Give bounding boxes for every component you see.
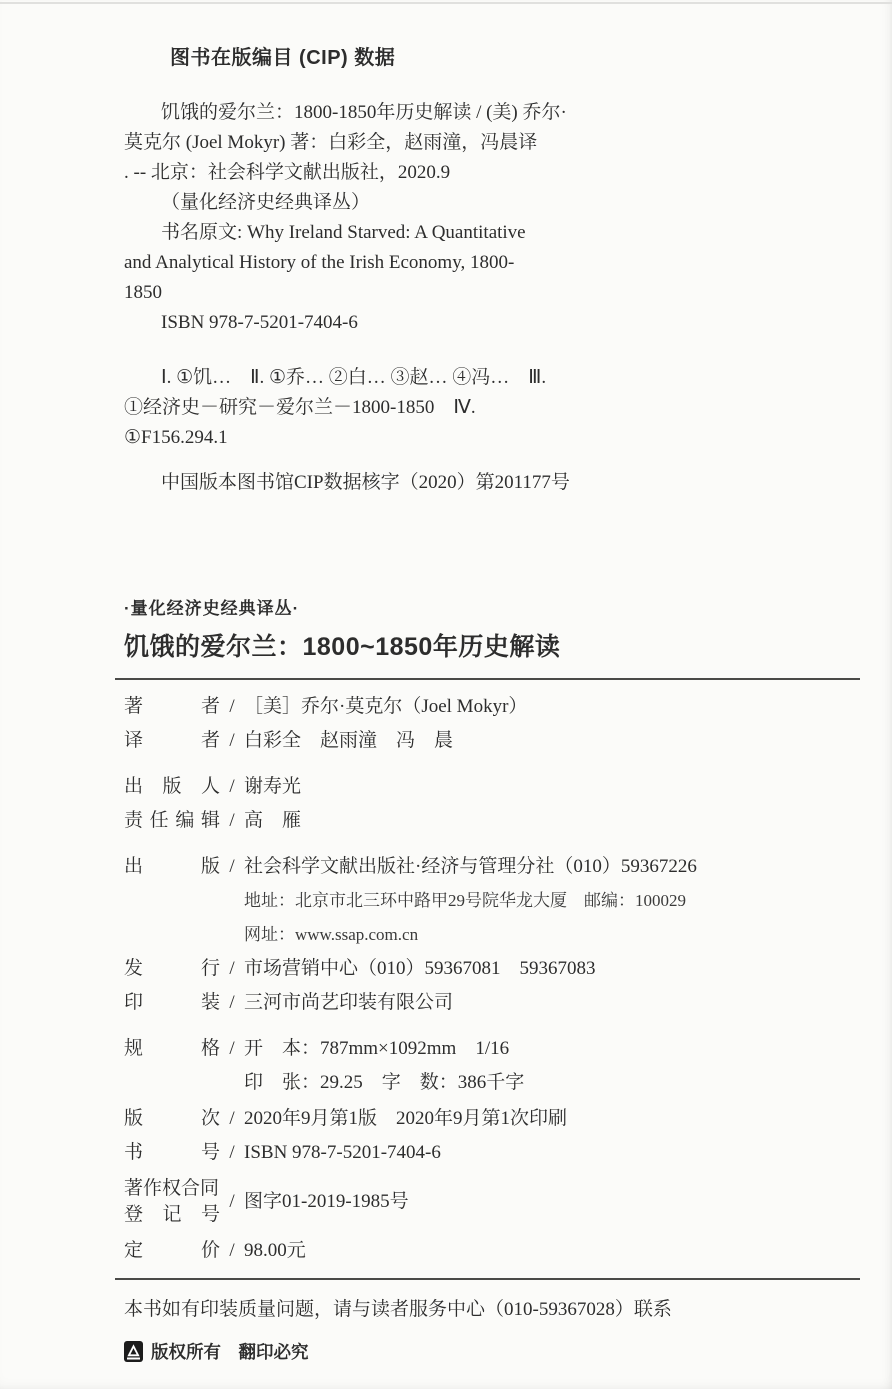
- credit-value: 98.00元: [244, 1240, 306, 1262]
- cip-registration-line: 中国版本图书馆CIP数据核字（2020）第201177号: [124, 468, 858, 498]
- scan-edge: [0, 2, 892, 4]
- credit-label: 译者: [124, 730, 220, 752]
- credit-row-publisher: 出版 / 社会科学文献出版社·经济与管理分社（010）59367226: [124, 856, 858, 878]
- credit-value: 白彩全 赵雨潼 冯 晨: [244, 730, 453, 752]
- cip-line: 饥饿的爱尔兰：1800-1850年历史解读 / (美) 乔尔·: [124, 98, 858, 128]
- credit-row-price: 定价 / 98.00元: [124, 1240, 858, 1262]
- slash-separator: /: [220, 992, 244, 1014]
- credit-row-format: 规格 / 开 本：787mm×1092mm 1/16: [124, 1038, 858, 1060]
- slash-separator: /: [220, 958, 244, 980]
- credit-value: 图字01-2019-1985号: [244, 1191, 409, 1213]
- cip-line: 书名原文: Why Ireland Starved: A Quantitativ…: [124, 218, 858, 248]
- credit-label: 出版: [124, 856, 220, 878]
- credit-label: 著者: [124, 696, 220, 718]
- slash-separator: /: [220, 1142, 244, 1164]
- credit-value: 市场营销中心（010）59367081 59367083: [244, 958, 596, 980]
- credit-row-publisher-person: 出版人 / 谢寿光: [124, 776, 858, 798]
- credit-label: 印装: [124, 992, 220, 1014]
- credit-row-edition: 版次 / 2020年9月第1版 2020年9月第1次印刷: [124, 1108, 858, 1130]
- book-title: 饥饿的爱尔兰：1800~1850年历史解读: [124, 630, 858, 664]
- cip-line: . -- 北京：社会科学文献出版社，2020.9: [124, 158, 858, 188]
- series-name: ·量化经济史经典译丛·: [124, 598, 858, 620]
- credit-label: 责任编辑: [124, 810, 220, 832]
- slash-separator: /: [220, 856, 244, 878]
- cip-classification-line: Ⅰ. ①饥… Ⅱ. ①乔… ②白… ③赵… ④冯… Ⅲ.: [124, 363, 858, 393]
- cip-body: 饥饿的爱尔兰：1800-1850年历史解读 / (美) 乔尔· 莫克尔 (Joe…: [124, 98, 858, 498]
- credit-label: 定价: [124, 1240, 220, 1262]
- cip-isbn-line: ISBN 978-7-5201-7404-6: [124, 308, 858, 338]
- cip-section: 图书在版编目 (CIP) 数据 饥饿的爱尔兰：1800-1850年历史解读 / …: [124, 44, 858, 498]
- format-sheets-words: 印 张：29.25 字 数：386千字: [244, 1068, 858, 1098]
- credit-value: ISBN 978-7-5201-7404-6: [244, 1142, 441, 1164]
- cip-line: 1850: [124, 278, 858, 308]
- credit-value: 开 本：787mm×1092mm 1/16: [244, 1038, 509, 1060]
- copyright-statement: 版权所有 翻印必究: [151, 1339, 309, 1364]
- copyright-line: 版权所有 翻印必究: [124, 1339, 858, 1364]
- imprint-section: 著者 / ［美］乔尔·莫克尔（Joel Mokyr） 译者 / 白彩全 赵雨潼 …: [124, 696, 858, 1262]
- title-block: ·量化经济史经典译丛· 饥饿的爱尔兰：1800~1850年历史解读: [124, 598, 858, 680]
- credit-label: 出版人: [124, 776, 220, 798]
- credit-label: 发行: [124, 958, 220, 980]
- credit-value: 2020年9月第1版 2020年9月第1次印刷: [244, 1108, 567, 1130]
- credit-value: 三河市尚艺印装有限公司: [244, 992, 453, 1014]
- divider-top: [115, 678, 860, 680]
- divider-bottom: [115, 1278, 860, 1280]
- copyright-page: 图书在版编目 (CIP) 数据 饥饿的爱尔兰：1800-1850年历史解读 / …: [0, 0, 892, 1389]
- publisher-logo-icon: [124, 1341, 143, 1362]
- cip-line: and Analytical History of the Irish Econ…: [124, 248, 858, 278]
- cip-header: 图书在版编目 (CIP) 数据: [170, 44, 858, 72]
- credit-value: 社会科学文献出版社·经济与管理分社（010）59367226: [244, 856, 697, 878]
- credit-row-distribution: 发行 / 市场营销中心（010）59367081 59367083: [124, 958, 858, 980]
- credit-value: ［美］乔尔·莫克尔（Joel Mokyr）: [244, 696, 527, 718]
- cip-line: 莫克尔 (Joel Mokyr) 著：白彩全，赵雨潼，冯晨译: [124, 128, 858, 158]
- credit-row-author: 著者 / ［美］乔尔·莫克尔（Joel Mokyr）: [124, 696, 858, 718]
- credit-label: 著作权合同 登记号: [124, 1176, 220, 1228]
- credit-label: 规格: [124, 1038, 220, 1060]
- slash-separator: /: [220, 810, 244, 832]
- slash-separator: /: [220, 776, 244, 798]
- credit-row-editor: 责任编辑 / 高 雁: [124, 810, 858, 832]
- slash-separator: /: [220, 1108, 244, 1130]
- credit-label: 书号: [124, 1142, 220, 1164]
- credit-row-isbn: 书号 / ISBN 978-7-5201-7404-6: [124, 1142, 858, 1164]
- credit-row-printing: 印装 / 三河市尚艺印装有限公司: [124, 992, 858, 1014]
- credit-label-line2: 登记号: [124, 1202, 220, 1228]
- slash-separator: /: [220, 730, 244, 752]
- credit-label-line1: 著作权合同: [124, 1176, 220, 1202]
- credit-value: 高 雁: [244, 810, 301, 832]
- cip-line: （量化经济史经典译丛）: [124, 188, 858, 218]
- slash-separator: /: [220, 696, 244, 718]
- cip-classification-code: ①F156.294.1: [124, 423, 858, 453]
- credit-value: 谢寿光: [244, 776, 301, 798]
- publisher-website: 网址：www.ssap.com.cn: [244, 922, 858, 948]
- slash-separator: /: [220, 1038, 244, 1060]
- publisher-address: 地址：北京市北三环中路甲29号院华龙大厦 邮编：100029: [244, 888, 858, 914]
- cip-classification-line: ①经济史－研究－爱尔兰－1800-1850 Ⅳ.: [124, 393, 858, 423]
- slash-separator: /: [220, 1191, 244, 1213]
- credit-label: 版次: [124, 1108, 220, 1130]
- credit-row-copyright-registration: 著作权合同 登记号 / 图字01-2019-1985号: [124, 1176, 858, 1228]
- slash-separator: /: [220, 1240, 244, 1262]
- quality-notice: 本书如有印装质量问题，请与读者服务中心（010-59367028）联系: [124, 1297, 858, 1323]
- credit-row-translators: 译者 / 白彩全 赵雨潼 冯 晨: [124, 730, 858, 752]
